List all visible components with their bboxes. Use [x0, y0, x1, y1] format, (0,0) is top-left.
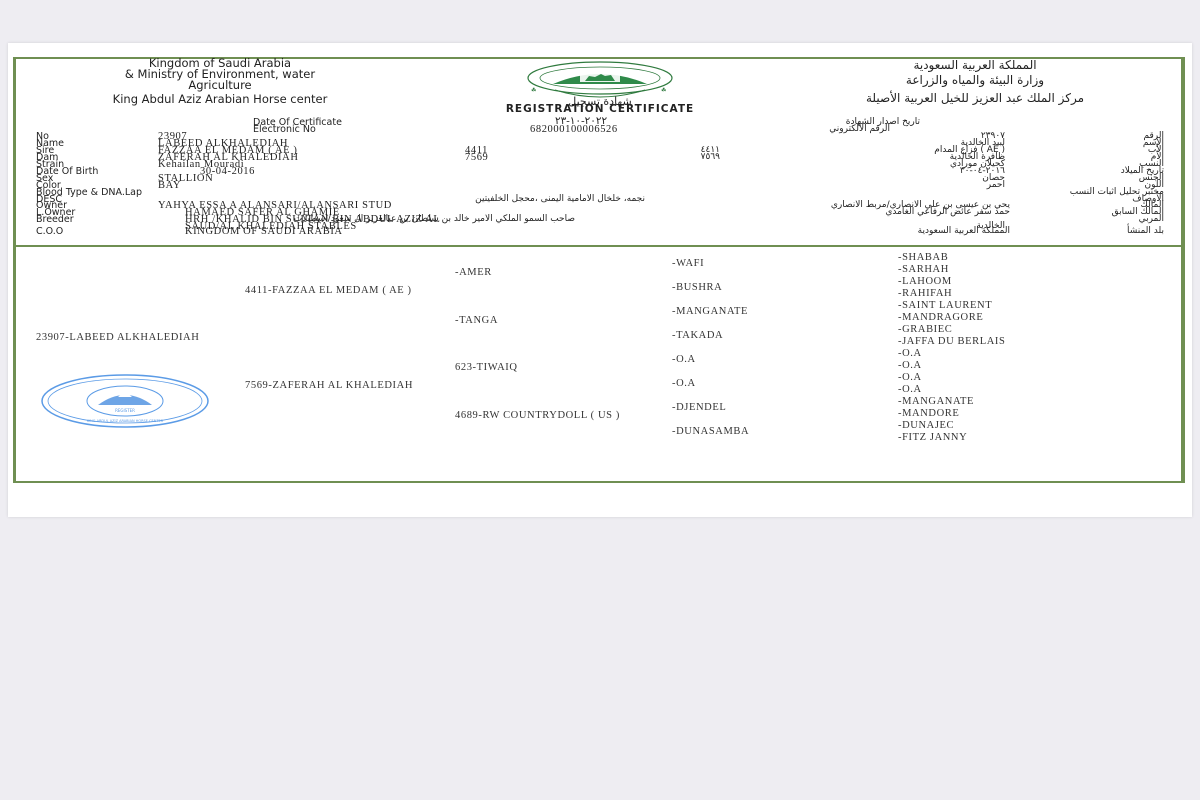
pedigree-gen4: -GRABIEC — [898, 324, 952, 335]
field-value-arabic: حمد سفر عائض الرفاعي الغامدي — [885, 208, 1010, 217]
header-en-line: Agriculture — [40, 80, 400, 91]
pedigree-gen3: -DJENDEL — [672, 402, 726, 413]
header-ar-line: وزارة البيئة والمياه والزراعة — [790, 73, 1160, 88]
pedigree-gen4: -SHABAB — [898, 252, 948, 263]
certificate-title: REGISTRATION CERTIFICATE — [440, 103, 760, 115]
pedigree-gen4: -O.A — [898, 372, 922, 383]
header-ar-line: مركز الملك عبد العزيز للخيل العربية الأص… — [790, 91, 1160, 106]
pedigree-dam: 7569-ZAFERAH AL KHALEDIAH — [245, 380, 413, 391]
pedigree-gen3: -MANGANATE — [672, 306, 748, 317]
pedigree-gen4: -JAFFA DU BERLAIS — [898, 336, 1005, 347]
pedigree-gen3: -O.A — [672, 354, 696, 365]
field-label: C.O.O — [36, 227, 63, 236]
field-value: KINGDOM OF SAUDI ARABIA — [185, 227, 343, 236]
header-ar-line: المملكة العربية السعودية — [790, 58, 1160, 73]
pedigree-gen4: -RAHIFAH — [898, 288, 952, 299]
pedigree-gen4: -FITZ JANNY — [898, 432, 967, 443]
field-number-arabic: ٧٥٦٩ — [701, 153, 720, 162]
header-en-line: King Abdul Aziz Arabian Horse center — [40, 94, 400, 105]
section-divider — [13, 245, 1185, 247]
field-value-arabic: المملكة العربية السعودية — [918, 227, 1010, 236]
electronic-no-value: 682000100006526 — [530, 125, 618, 134]
pedigree-gen4: -O.A — [898, 360, 922, 371]
pedigree-horse: 23907-LABEED ALKHALEDIAH — [36, 332, 199, 343]
electronic-no-label-ar: الرقم الالكتروني — [829, 125, 890, 134]
pedigree-dam-dam: 4689-RW COUNTRYDOLL ( US ) — [455, 410, 620, 421]
pedigree-gen3: -BUSHRA — [672, 282, 722, 293]
pedigree-gen4: -MANDRAGORE — [898, 312, 983, 323]
svg-text:☘: ☘ — [661, 87, 666, 94]
registration-stamp-icon: REGISTER KING ABDUL AZIZ ARABIAN HORSE C… — [40, 373, 210, 429]
field-value-arabic: صاحب السمو الملكي الامير خالد بن سلطان ب… — [294, 215, 575, 224]
header-english: Kingdom of Saudi Arabia & Ministry of En… — [40, 58, 400, 105]
pedigree-gen4: -LAHOOM — [898, 276, 952, 287]
pedigree-gen4: -DUNAJEC — [898, 420, 954, 431]
header-arabic: المملكة العربية السعودية وزارة البيئة وا… — [790, 58, 1160, 106]
pedigree-gen4: -SARHAH — [898, 264, 949, 275]
field-value-arabic: نجمه، خلخال الامامية اليمنى ،محجل الخلفي… — [475, 195, 645, 204]
field-value: BAY — [158, 181, 181, 190]
field-value-arabic: احمر — [987, 181, 1005, 190]
field-number: 7569 — [465, 153, 488, 162]
svg-text:REGISTER: REGISTER — [115, 408, 135, 413]
field-label: Breeder — [36, 215, 74, 224]
field-label-arabic: بلد المنشأ — [1127, 227, 1164, 236]
pedigree-gen3: -TAKADA — [672, 330, 723, 341]
pedigree-sire-dam: -TANGA — [455, 315, 498, 326]
pedigree-gen3: -O.A — [672, 378, 696, 389]
pedigree-gen4: -O.A — [898, 384, 922, 395]
pedigree-gen3: -DUNASAMBA — [672, 426, 749, 437]
pedigree-sire: 4411-FAZZAA EL MEDAM ( AE ) — [245, 285, 412, 296]
electronic-no-label: Electronic No — [253, 125, 316, 134]
pedigree-gen3: -WAFI — [672, 258, 704, 269]
svg-text:☘: ☘ — [531, 87, 536, 94]
pedigree-gen4: -O.A — [898, 348, 922, 359]
svg-text:KING ABDUL AZIZ ARABIAN HORSE: KING ABDUL AZIZ ARABIAN HORSE CENTER — [87, 419, 164, 423]
pedigree-gen4: -MANDORE — [898, 408, 959, 419]
pedigree-dam-sire: 623-TIWAIQ — [455, 362, 518, 373]
pedigree-gen4: -MANGANATE — [898, 396, 974, 407]
field-label-arabic: المربي — [1139, 215, 1164, 224]
pedigree-gen4: -SAINT LAURENT — [898, 300, 992, 311]
pedigree-sire-sire: -AMER — [455, 267, 492, 278]
